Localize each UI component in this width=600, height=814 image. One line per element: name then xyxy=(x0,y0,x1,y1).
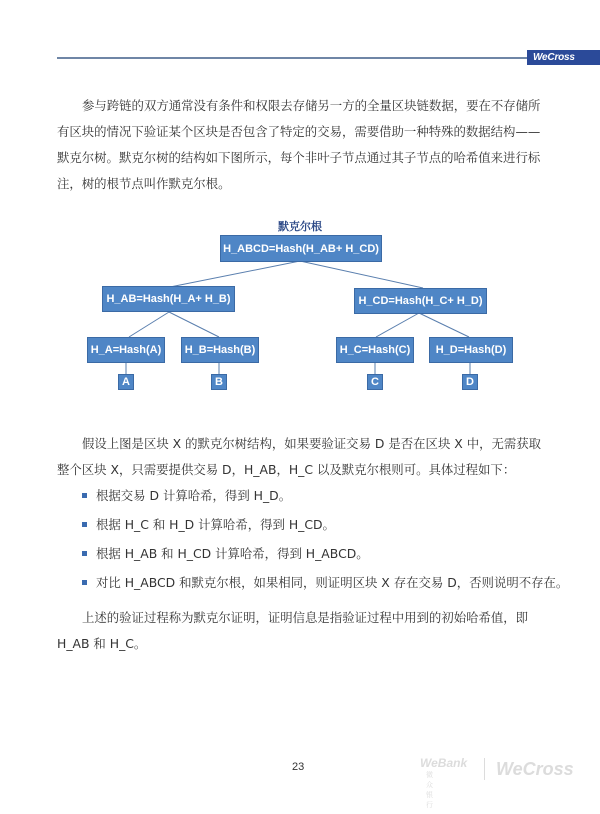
intro-paragraph: 参与跨链的双方通常没有条件和权限去存储另一方的全量区块链数据，要在不存储所有区块… xyxy=(57,93,547,197)
node-h-ab: H_AB=Hash(H_A+ H_B) xyxy=(102,286,235,312)
diagram-title: 默克尔根 xyxy=(270,218,330,234)
explanation-paragraph: 假设上图是区块 X 的默克尔树结构，如果要验证交易 D 是否在区块 X 中，无需… xyxy=(57,431,547,483)
step-text: 根据 H_C 和 H_D 计算哈希，得到 H_CD。 xyxy=(96,517,335,532)
steps-list: 根据交易 D 计算哈希，得到 H_D。 根据 H_C 和 H_D 计算哈希，得到… xyxy=(80,486,568,602)
square-bullet-icon xyxy=(82,580,87,585)
square-bullet-icon xyxy=(82,493,87,498)
logo-divider xyxy=(484,758,485,780)
webank-cn-label: 微众银行 xyxy=(426,770,434,810)
node-h-b: H_B=Hash(B) xyxy=(181,337,259,363)
square-bullet-icon xyxy=(82,551,87,556)
header-logo: WeCross xyxy=(527,50,600,65)
wecross-logo: WeCross xyxy=(496,759,574,779)
node-h-c: H_C=Hash(C) xyxy=(336,337,414,363)
conclusion-paragraph: 上述的验证过程称为默克尔证明，证明信息是指验证过程中用到的初始哈希值，即 H_A… xyxy=(57,605,547,657)
list-item: 根据 H_C 和 H_D 计算哈希，得到 H_CD。 xyxy=(80,515,568,544)
square-bullet-icon xyxy=(82,522,87,527)
step-text: 根据 H_AB 和 H_CD 计算哈希，得到 H_ABCD。 xyxy=(96,546,369,561)
node-h-d: H_D=Hash(D) xyxy=(429,337,513,363)
header-rule xyxy=(57,57,527,59)
node-h-cd: H_CD=Hash(H_C+ H_D) xyxy=(354,288,487,314)
root-node: H_ABCD=Hash(H_AB+ H_CD) xyxy=(220,235,382,262)
leaf-d: D xyxy=(462,374,478,390)
step-text: 对比 H_ABCD 和默克尔根，如果相同，则证明区块 X 存在交易 D，否则说明… xyxy=(96,575,568,590)
list-item: 根据 H_AB 和 H_CD 计算哈希，得到 H_ABCD。 xyxy=(80,544,568,573)
webank-logo: WeBank xyxy=(420,757,467,769)
step-text: 根据交易 D 计算哈希，得到 H_D。 xyxy=(96,488,291,503)
leaf-b: B xyxy=(211,374,227,390)
list-item: 根据交易 D 计算哈希，得到 H_D。 xyxy=(80,486,568,515)
page-number: 23 xyxy=(292,761,304,773)
list-item: 对比 H_ABCD 和默克尔根，如果相同，则证明区块 X 存在交易 D，否则说明… xyxy=(80,573,568,602)
leaf-a: A xyxy=(118,374,134,390)
node-h-a: H_A=Hash(A) xyxy=(87,337,165,363)
leaf-c: C xyxy=(367,374,383,390)
